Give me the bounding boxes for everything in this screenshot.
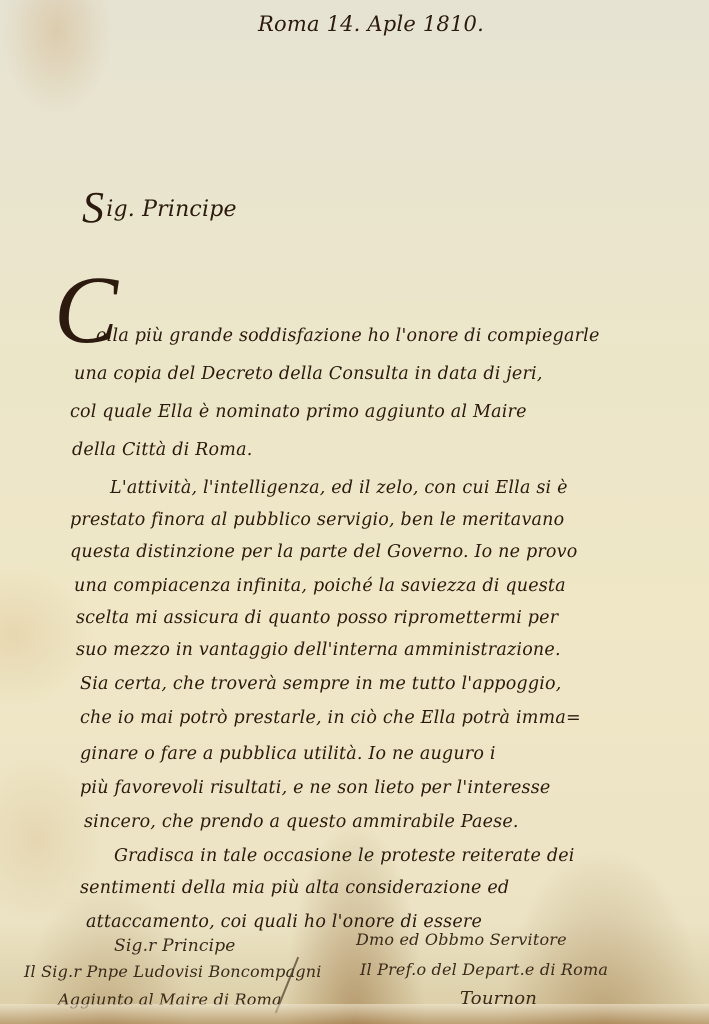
body-line: della Città di Roma. [72,440,252,460]
body-line: prestato finora al pubblico servigio, be… [70,510,564,530]
body-line: attaccamento, coi quali ho l'onore di es… [86,912,482,932]
body-line: olla più grande soddisfazione ho l'onore… [96,326,600,346]
body-line: che io mai potrò prestarle, in ciò che E… [80,708,581,728]
body-line: scelta mi assicura di quanto posso ripro… [76,608,558,628]
body-line: suo mezzo in vantaggio dell'interna ammi… [76,640,561,660]
addressee-salutation: Sig.r Principe [114,936,236,956]
body-line: sincero, che prendo a questo ammirabile … [84,812,519,832]
body-line: sentimenti della mia più alta consideraz… [80,878,509,898]
paper-edge [0,1004,709,1024]
body-line: Sia certa, che troverà sempre in me tutt… [80,674,562,694]
salutation: Sig. Principe [82,176,237,227]
salutation-initial: S [82,183,104,232]
body-line: più favorevoli risultati, e ne son lieto… [80,778,550,798]
signer-title: Il Pref.o del Depart.e di Roma [360,960,608,979]
valediction: Dmo ed Obbmo Servitore [356,930,567,949]
body-line: col quale Ella è nominato primo aggiunto… [70,402,527,422]
body-line: ginare o fare a pubblica utilità. Io ne … [80,744,496,764]
body-line: L'attività, l'intelligenza, ed il zelo, … [110,478,568,498]
body-line: una compiacenza infinita, poiché la savi… [74,576,566,596]
dateline: Roma 14. Aple 1810. [258,12,484,36]
letter-page: Roma 14. Aple 1810. Sig. Principe C olla… [0,0,709,1024]
salutation-text: ig. Principe [106,197,237,222]
addressee-name: Il Sig.r Pnpe Ludovisi Boncompagni [24,962,322,981]
body-line: una copia del Decreto della Consulta in … [74,364,543,384]
body-line: questa distinzione per la parte del Gove… [70,542,578,562]
body-line: Gradisca in tale occasione le proteste r… [114,846,575,866]
